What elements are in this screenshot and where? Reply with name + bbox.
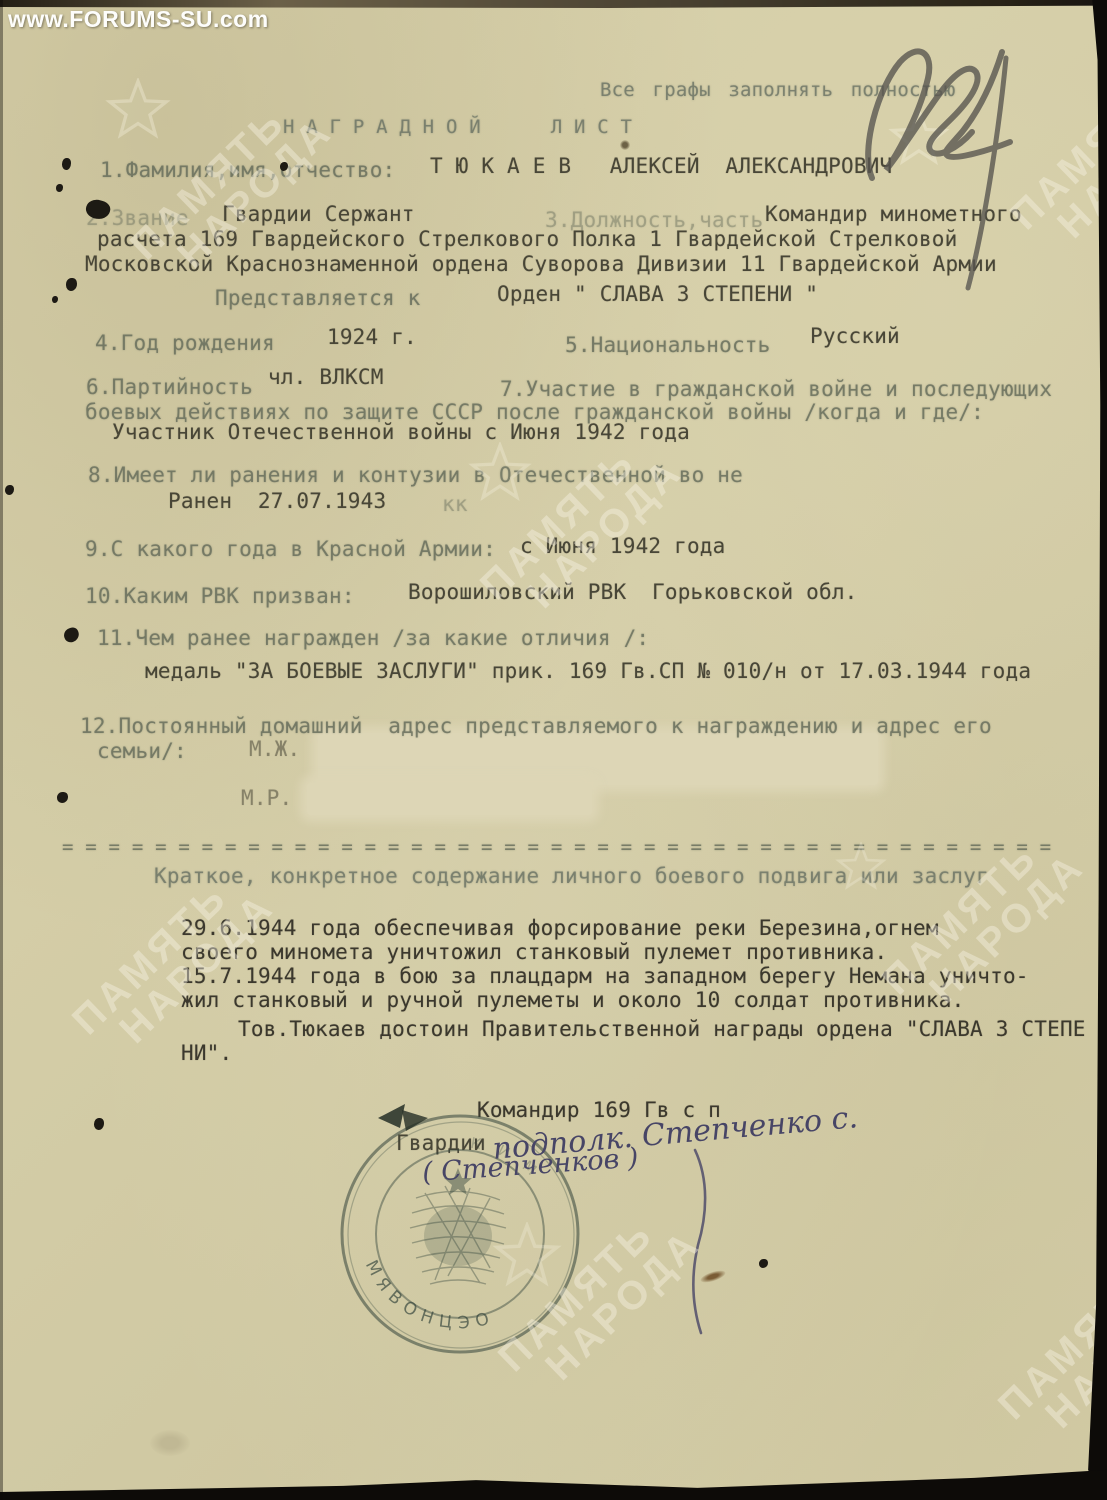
feat-line-4: жил станковый и ручной пулеметы и около … [181, 989, 964, 1013]
field-4-value: 1924 г. [327, 326, 417, 350]
scan-edge-right [1086, 0, 1107, 1500]
paper-hole [56, 184, 63, 192]
stamp-emblem-blob [424, 1206, 492, 1266]
field-9-label: 9.С какого года в Красной Армии: [85, 538, 496, 562]
field-3-value-line1: Командир минометного [765, 203, 1022, 227]
field-12-label-line1: 12.Постоянный домашний адрес представляе… [80, 715, 992, 739]
ink-dot [759, 1259, 768, 1268]
field-3-value-line2: расчета 169 Гвардейского Стрелкового Пол… [97, 228, 958, 252]
field-5-value: Русский [810, 325, 900, 349]
stamp-arc-text-left: МЯВОНЦЭО [361, 1257, 498, 1334]
presented-for-label: Представляется к [215, 287, 421, 311]
scan-edge-left [0, 0, 3, 1500]
field-1-label: 1.Фамилия,имя,отчество: [100, 159, 395, 183]
field-2-value: Гвардии Сержант [222, 203, 415, 227]
fill-note: Все графы заполнять полностью [600, 80, 956, 101]
feat-line-6: НИ". [181, 1042, 232, 1066]
watermark-star-icon [492, 1222, 562, 1292]
presented-for-value: Орден " СЛАВА 3 СТЕПЕНИ " [497, 283, 818, 307]
site-watermark: www.FORUMS-SU.com [8, 6, 269, 33]
feat-line-3: 15.7.1944 года в бою за плацдарм на запа… [181, 965, 1029, 989]
feat-line-5: Тов.Тюкаев достоин Правительственной наг… [238, 1018, 1086, 1042]
page-title: Н А Г Р А Д Н О Й Л И С Т [283, 117, 632, 138]
field-12-mj: М.Ж. [249, 738, 300, 762]
field-11-value: медаль "ЗА БОЕВЫЕ ЗАСЛУГИ" прик. 169 Гв.… [145, 660, 1031, 684]
redacted-address-1 [318, 733, 878, 785]
svg-text:МЯВОНЦЭО: МЯВОНЦЭО [361, 1257, 498, 1334]
pamyat-naroda-watermark: ПАМЯТЬ НАРОДА [492, 1195, 708, 1407]
field-12-mr: М.Р. [241, 787, 292, 811]
field-9-value: с Июня 1942 года [520, 535, 726, 559]
paper-hole [57, 792, 68, 803]
signature-rank-typed: Гвардии [396, 1132, 486, 1156]
feat-heading: Краткое, конкретное содержание личного б… [154, 865, 989, 889]
field-4-label: 4.Год рождения [95, 332, 275, 356]
stamp-top-mark-icon [402, 1110, 428, 1131]
stamp-top-mark-icon [378, 1104, 405, 1128]
paper-hole [5, 485, 14, 495]
watermark-star-icon [105, 78, 171, 144]
field-8-value-extra: кк [442, 493, 468, 517]
pamyat-naroda-watermark: ПАМЯТЬ НАРОДА [992, 1243, 1107, 1455]
field-5-label: 5.Национальность [565, 334, 771, 358]
field-10-value: Ворошиловский РВК Горьковской обл. [408, 581, 858, 605]
field-7-value: Участник Отечественной войны с Июня 1942… [112, 421, 690, 445]
feat-line-1: 29.6.1944 года обеспечивая форсирование … [181, 917, 939, 941]
field-8-label: 8.Имеет ли ранения и контузии в Отечеств… [88, 464, 743, 488]
scan-edge-bottom [0, 1468, 1107, 1500]
paper-stain [620, 140, 630, 150]
field-11-label: 11.Чем ранее награжден /за какие отличия… [97, 627, 649, 651]
field-6-value: чл. ВЛКСМ [268, 366, 384, 390]
redacted-address-2 [307, 783, 592, 815]
field-8-value: Ранен 27.07.1943 [168, 490, 386, 514]
field-1-value: Т Ю К А Е В АЛЕКСЕЙ АЛЕКСАНДРОВИЧ [430, 155, 892, 179]
field-12-label-line2: семьи/: [97, 740, 187, 764]
award-sheet-scan: 184 Все графы заполнять полностью Н А Г … [0, 0, 1107, 1500]
paper-stain [150, 1430, 190, 1456]
paper-stain [699, 1268, 727, 1285]
feat-line-2: своего миномета уничтожил станковый пуле… [181, 941, 887, 965]
signature-ink-flourish [655, 1145, 745, 1345]
paper-hole [62, 626, 81, 644]
field-10-label: 10.Каким РВК призван: [85, 585, 355, 609]
separator-dashes: = = = = = = = = = = = = = = = = = = = = … [62, 837, 1051, 858]
watermark-star-icon [888, 108, 950, 170]
paper-hole [66, 278, 77, 291]
paper-hole [94, 1118, 104, 1130]
field-7-label-line1: 7.Участие в гражданской войне и последую… [500, 378, 1052, 402]
pamyat-naroda-watermark: ПАМЯТЬ НАРОДА [1004, 53, 1107, 265]
field-3-value-line3: Московской Краснознаменной ордена Суворо… [85, 253, 997, 277]
paper-hole [52, 296, 58, 303]
paper-hole [62, 158, 71, 170]
field-6-label: 6.Партийность [86, 376, 253, 400]
